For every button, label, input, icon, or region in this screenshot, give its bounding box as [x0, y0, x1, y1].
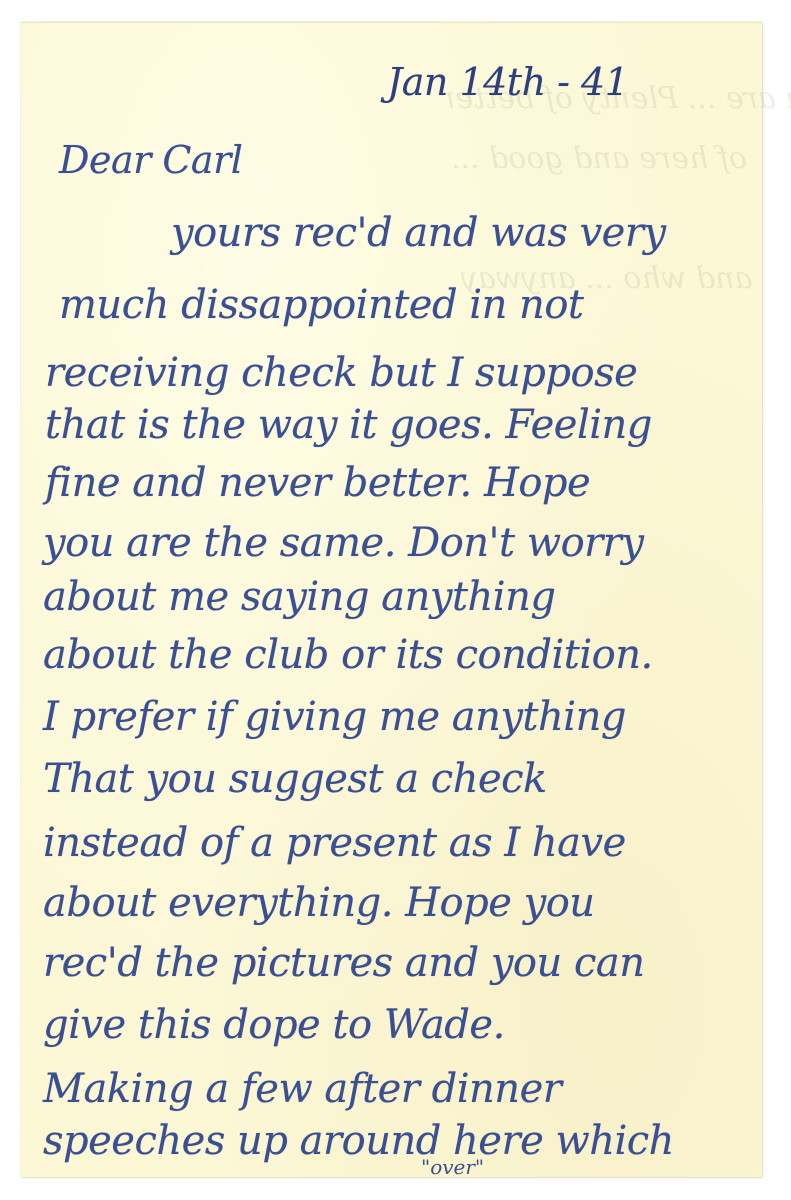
letter-line-1: yours rec'd and was very: [171, 213, 666, 253]
letter-line-16: speeches up around here which: [43, 1121, 674, 1161]
letter-line-9: I prefer if giving me anything: [43, 697, 626, 737]
letter-salutation: Dear Carl: [59, 141, 242, 179]
letter-line-4: that is the way it goes. Feeling: [45, 405, 652, 445]
letter-date: Jan 14th - 41: [387, 63, 628, 101]
bleed-through-line: of here and good ...: [451, 141, 747, 176]
letter-line-10: That you suggest a check: [43, 759, 547, 799]
letter-line-12: about everything. Hope you: [43, 883, 595, 923]
over-note: "over": [421, 1155, 484, 1179]
letter-line-5: fine and never better. Hope: [45, 463, 590, 503]
letter-line-8: about the club or its condition.: [43, 635, 653, 675]
letter-line-13: rec'd the pictures and you can: [43, 943, 645, 983]
letter-line-2: much dissappointed in not: [59, 285, 583, 325]
letter-line-11: instead of a present as I have: [43, 823, 626, 863]
letter-line-6: you are the same. Don't worry: [43, 523, 644, 563]
letter-line-15: Making a few after dinner: [43, 1069, 561, 1109]
letter-line-14: give this dope to Wade.: [43, 1005, 505, 1045]
letter-paper: you are ... Plenty of better of here and…: [21, 22, 762, 1177]
letter-line-7: about me saying anything: [43, 577, 555, 617]
letter-line-3: receiving check but I suppose: [45, 353, 637, 393]
